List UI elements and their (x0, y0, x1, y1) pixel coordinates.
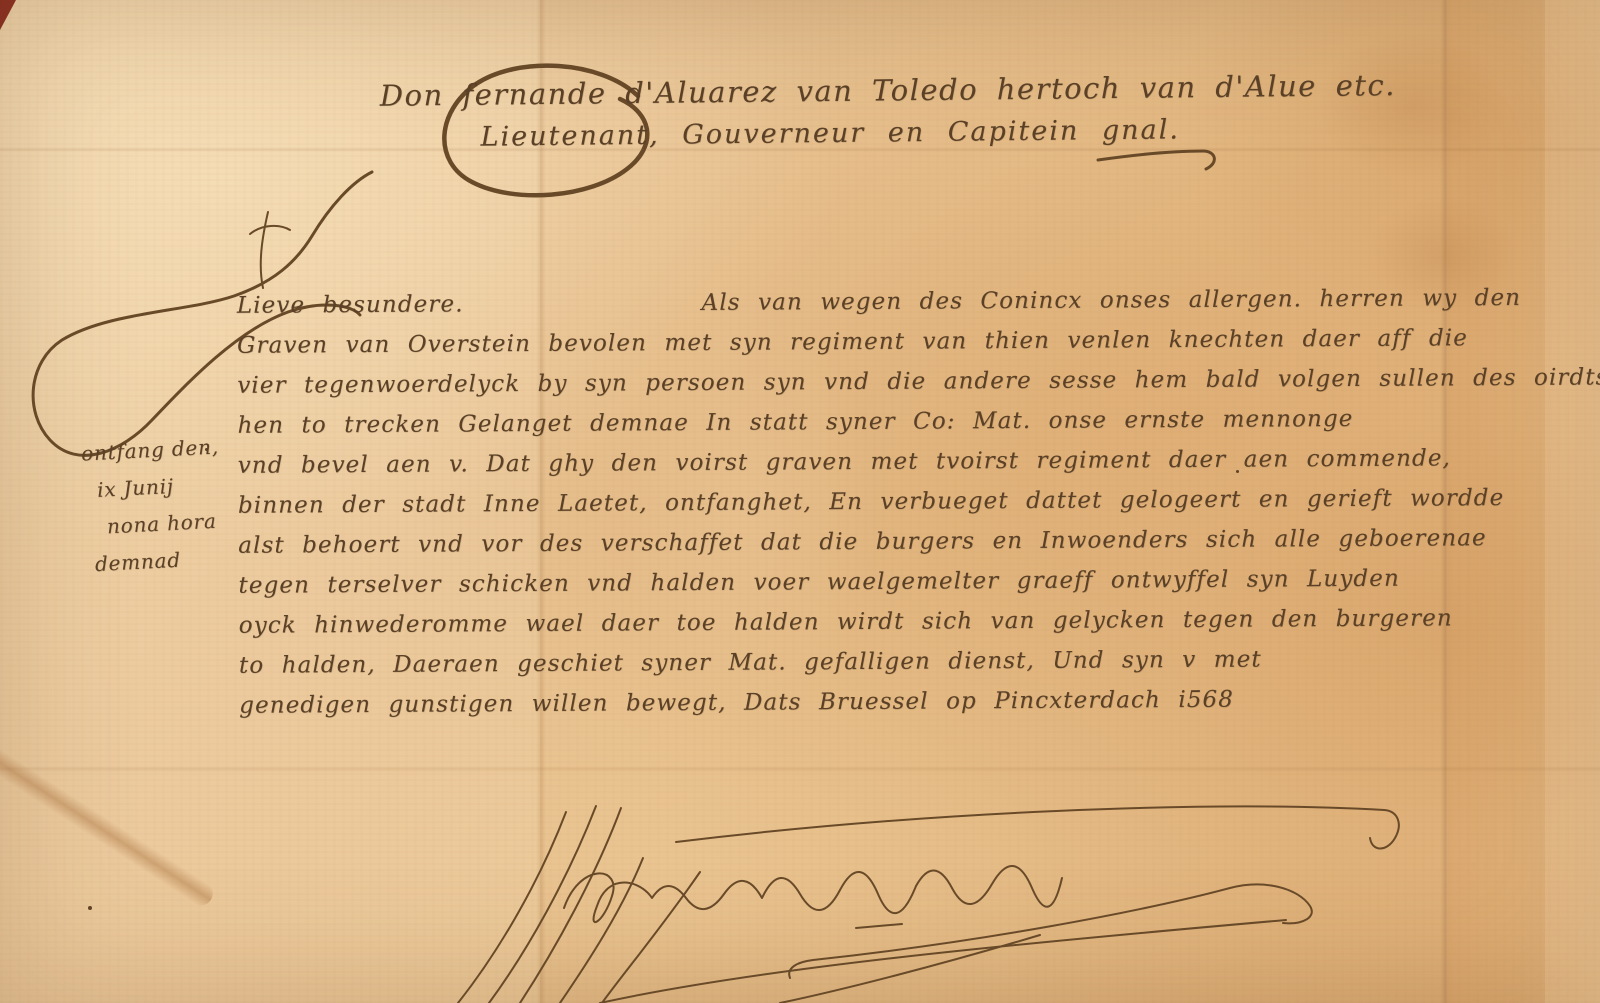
ink-speck (88, 906, 92, 910)
paper-stain (1318, 30, 1508, 180)
manuscript-page: Don fernande d'Aluarez van Toledo hertoc… (0, 0, 1600, 1003)
fold-crease-horizontal-bottom (0, 766, 1600, 772)
body-line: oyck hinwederomme wael daer toe halden w… (239, 598, 1479, 646)
corner-wax-mark (0, 0, 16, 30)
margin-note-line: ontfang den, (80, 428, 220, 472)
margin-note-line: nona hora (106, 502, 224, 545)
paper-right-edge (1545, 0, 1600, 1003)
salutation: Lieve besundere. (237, 284, 464, 325)
body-line: genedigen gunstigen willen bewegt, Dats … (239, 678, 1479, 726)
heading-line-1: Don fernande d'Aluarez van Toledo hertoc… (380, 69, 1280, 112)
letter-heading: Don fernande d'Aluarez van Toledo hertoc… (380, 69, 1281, 153)
letter-body: Lieve besundere.Als van wegen des Coninc… (237, 278, 1480, 726)
margin-note-received: ontfang den, ix Junij nona hora demnad (80, 428, 225, 583)
fold-crease-diagonal (0, 744, 217, 910)
heading-line-2: Lieutenant, Gouverneur en Capitein gnal. (380, 113, 1280, 153)
margin-note-line: demnad (94, 539, 226, 583)
body-line-text: Als van wegen des Conincx onses allergen… (701, 285, 1521, 316)
